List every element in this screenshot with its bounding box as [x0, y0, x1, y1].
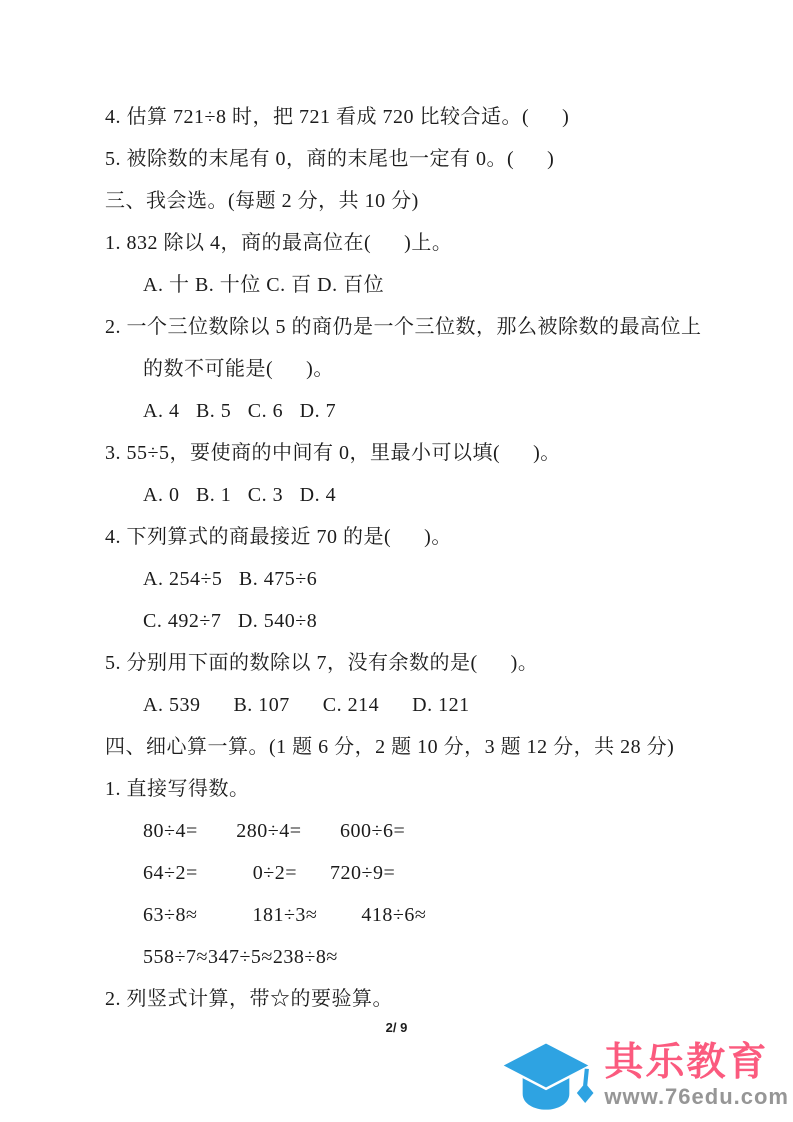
brand-logo: 其乐教育 www.76edu.com — [496, 1037, 789, 1114]
worksheet-page: 4. 估算 721÷8 时，把 721 看成 720 比较合适。( ) 5. 被… — [0, 0, 793, 1122]
vertical-calc-title: 2. 列竖式计算，带☆的要验算。 — [105, 978, 715, 1020]
choice-q4-stem: 4. 下列算式的商最接近 70 的是( )。 — [105, 516, 715, 558]
choice-q2-stem-line1: 2. 一个三位数除以 5 的商仍是一个三位数，那么被除数的最高位上 — [105, 306, 715, 348]
oral-calc-title: 1. 直接写得数。 — [105, 768, 715, 810]
section-3-heading: 三、我会选。(每题 2 分，共 10 分) — [105, 180, 715, 222]
oral-calc-row-2: 64÷2= 0÷2= 720÷9= — [105, 852, 715, 894]
choice-q4-options-line1: A. 254÷5 B. 475÷6 — [105, 558, 715, 600]
choice-q5-stem: 5. 分别用下面的数除以 7，没有余数的是( )。 — [105, 642, 715, 684]
section-4-heading: 四、细心算一算。(1 题 6 分，2 题 10 分，3 题 12 分，共 28 … — [105, 726, 715, 768]
choice-q1-options: A. 十 B. 十位 C. 百 D. 百位 — [105, 264, 715, 306]
choice-q3-options: A. 0 B. 1 C. 3 D. 4 — [105, 474, 715, 516]
judge-item-4: 4. 估算 721÷8 时，把 721 看成 720 比较合适。( ) — [105, 96, 715, 138]
oral-calc-row-1: 80÷4= 280÷4= 600÷6= — [105, 810, 715, 852]
brand-name: 其乐教育 — [604, 1043, 768, 1084]
graduation-cap-icon — [496, 1037, 596, 1114]
choice-q4-options-line2: C. 492÷7 D. 540÷8 — [105, 600, 715, 642]
choice-q5-options: A. 539 B. 107 C. 214 D. 121 — [105, 684, 715, 726]
worksheet-body: 4. 估算 721÷8 时，把 721 看成 720 比较合适。( ) 5. 被… — [105, 96, 715, 1020]
oral-calc-row-3: 63÷8≈ 181÷3≈ 418÷6≈ — [105, 894, 715, 936]
choice-q1-stem: 1. 832 除以 4，商的最高位在( )上。 — [105, 222, 715, 264]
choice-q2-options: A. 4 B. 5 C. 6 D. 7 — [105, 390, 715, 432]
brand-url: www.76edu.com — [604, 1086, 789, 1108]
choice-q2-stem-line2: 的数不可能是( )。 — [105, 348, 715, 390]
oral-calc-row-4: 558÷7≈347÷5≈238÷8≈ — [105, 936, 715, 978]
page-number: 2/ 9 — [0, 1020, 793, 1035]
choice-q3-stem: 3. 55÷5，要使商的中间有 0，里最小可以填( )。 — [105, 432, 715, 474]
judge-item-5: 5. 被除数的末尾有 0，商的末尾也一定有 0。( ) — [105, 138, 715, 180]
